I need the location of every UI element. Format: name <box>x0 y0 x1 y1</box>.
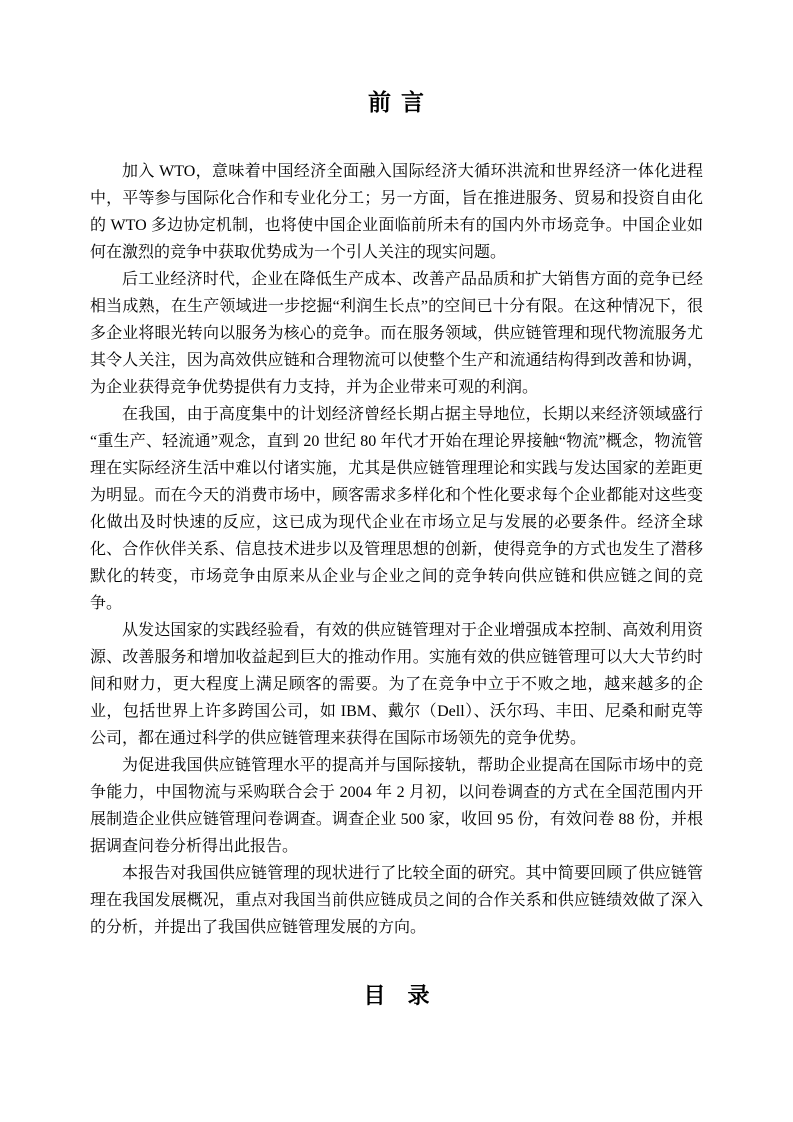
document-page: 前 言 加入 WTO，意味着中国经济全面融入国际经济大循环洪流和世界经济一体化进… <box>0 0 793 1122</box>
paragraph-wto-accession: 加入 WTO，意味着中国经济全面融入国际经济大循环洪流和世界经济一体化进程中，平… <box>90 158 703 266</box>
paragraph-survey: 为促进我国供应链管理水平的提高并与国际接轨，帮助企业提高在国际市场中的竞争能力，… <box>90 752 703 860</box>
preface-body: 加入 WTO，意味着中国经济全面融入国际经济大循环洪流和世界经济一体化进程中，平… <box>90 158 703 941</box>
paragraph-post-industrial: 后工业经济时代，企业在降低生产成本、改善产品品质和扩大销售方面的竞争已经相当成熟… <box>90 266 703 401</box>
paragraph-developed-countries: 从发达国家的实践经验看，有效的供应链管理对于企业增强成本控制、高效利用资源、改善… <box>90 617 703 752</box>
toc-heading: 目 录 <box>0 941 793 1011</box>
paragraph-report-summary: 本报告对我国供应链管理的现状进行了比较全面的研究。其中简要回顾了供应链管理在我国… <box>90 860 703 941</box>
preface-title: 前 言 <box>0 0 793 118</box>
paragraph-china-planned-economy: 在我国，由于高度集中的计划经济曾经长期占据主导地位，长期以来经济领域盛行“重生产… <box>90 401 703 617</box>
